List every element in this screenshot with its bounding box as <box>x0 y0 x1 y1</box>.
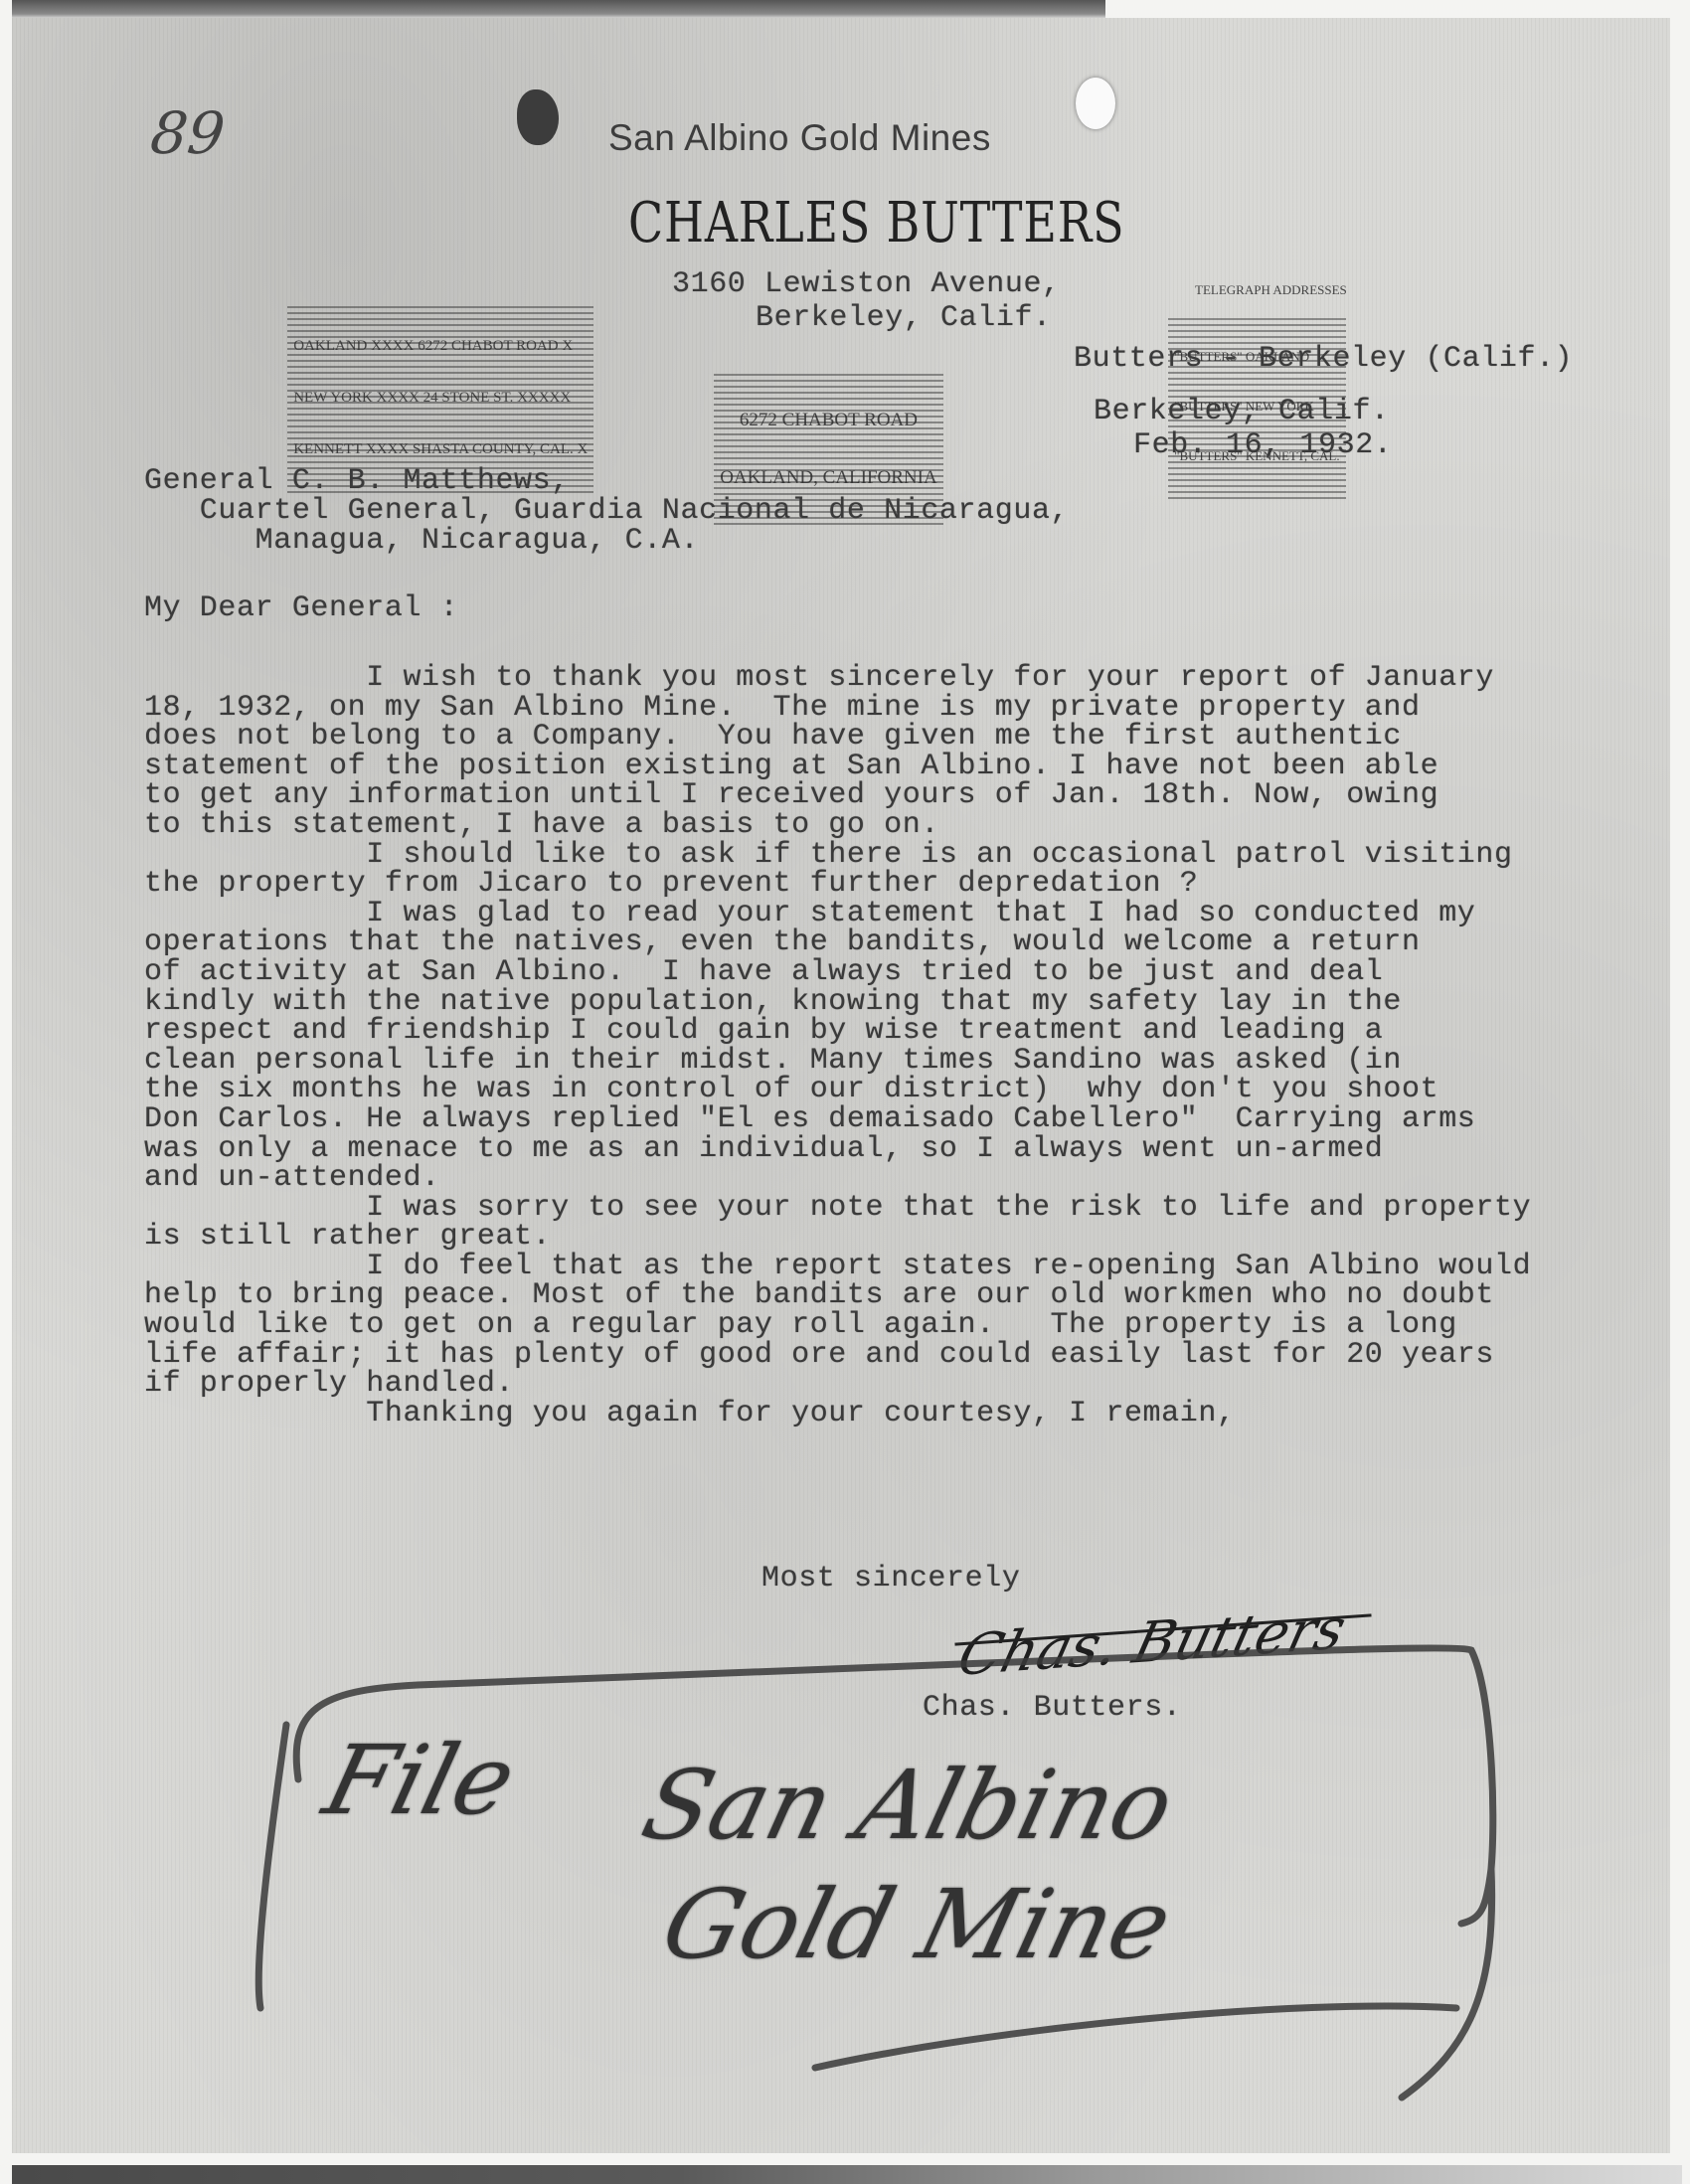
handwritten-note-file: File <box>314 1725 526 1836</box>
handwritten-note-san-albino: San Albino <box>632 1750 1184 1861</box>
handwritten-note-gold-mine: Gold Mine <box>652 1869 1182 1980</box>
